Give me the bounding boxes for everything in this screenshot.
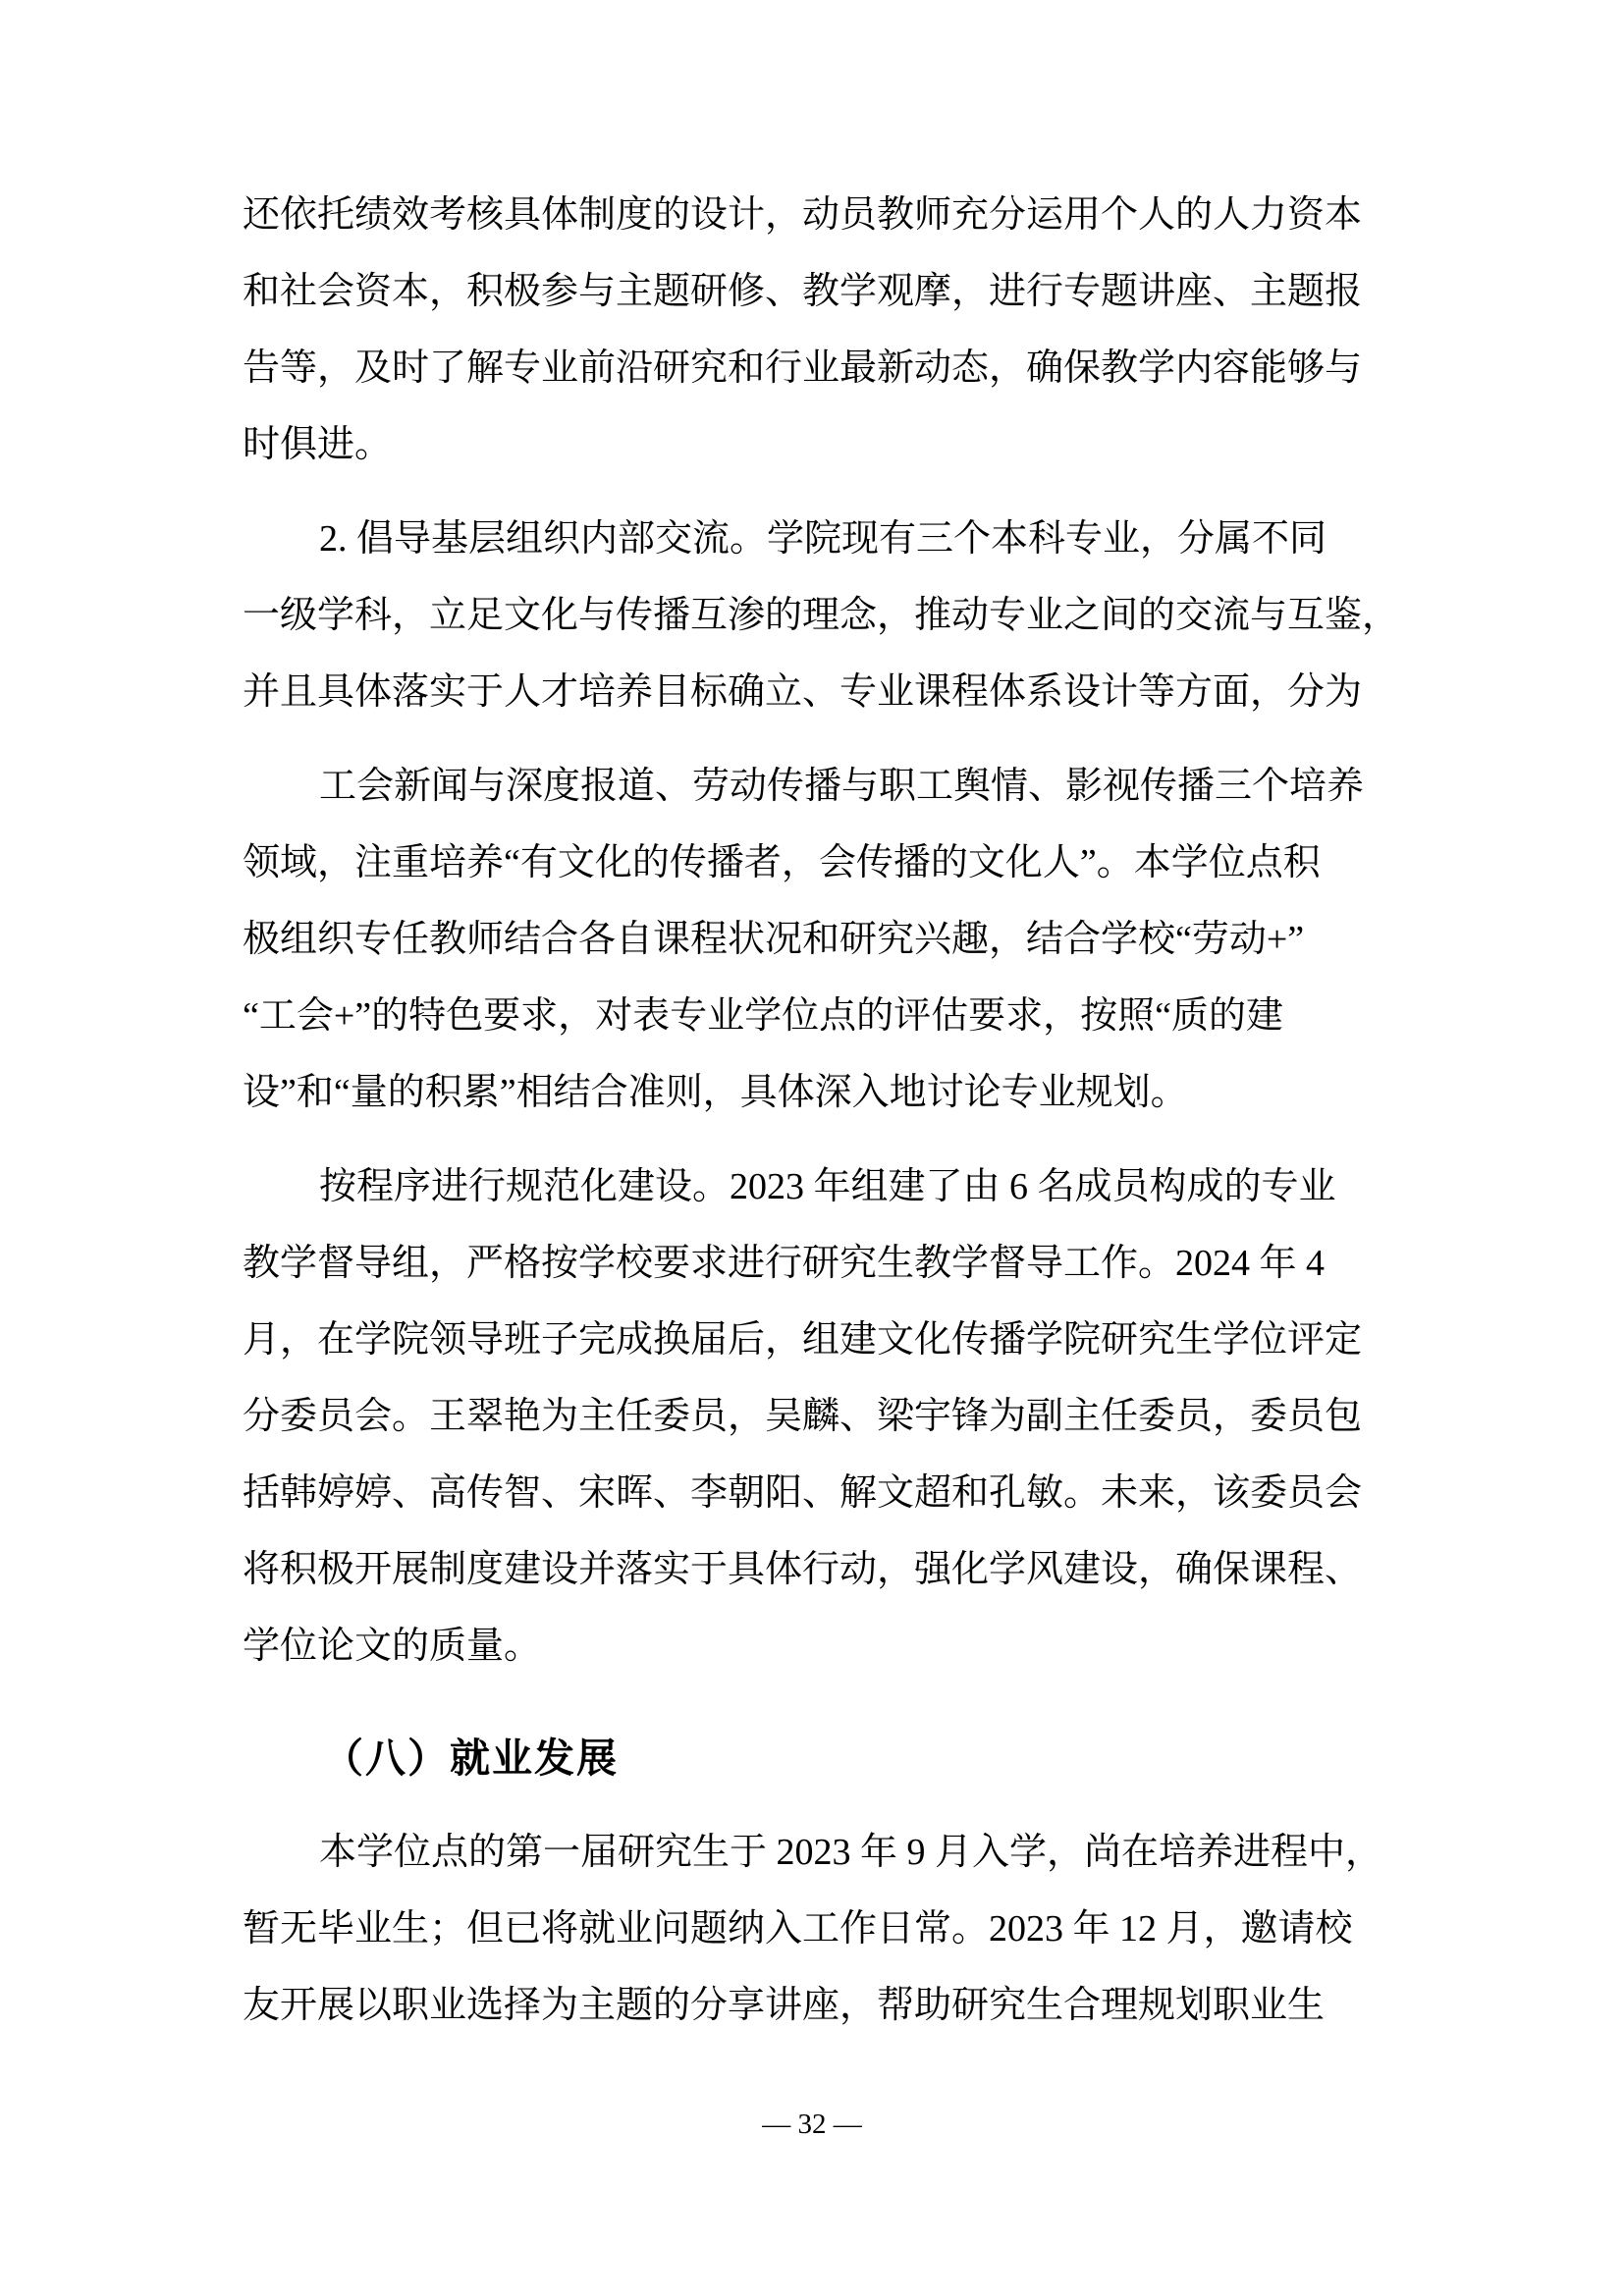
text-line: 月，在学院领导班子完成换届后，组建文化传播学院研究生学位评定	[243, 1302, 1385, 1378]
text-line: 时俱进。	[243, 406, 1385, 483]
text-line: 友开展以职业选择为主题的分享讲座，帮助研究生合理规划职业生	[243, 1967, 1385, 2044]
text-line: “工会+”的特色要求，对表专业学位点的评估要求，按照“质的建	[243, 978, 1385, 1054]
text-line: 按程序进行规范化建设。2023 年组建了由 6 名成员构成的专业	[243, 1148, 1385, 1225]
document-body: 还依托绩效考核具体制度的设计，动员教师充分运用个人的人力资本 和社会资本，积极参…	[243, 177, 1385, 2061]
page-number: — 32 —	[0, 2109, 1624, 2141]
text-line: 本学位点的第一届研究生于 2023 年 9 月入学，尚在培养进程中，	[243, 1814, 1385, 1891]
text-line: 领域，注重培养“有文化的传播者，会传播的文化人”。本学位点积	[243, 825, 1385, 901]
paragraph: 工会新闻与深度报道、劳动传播与职工舆情、影视传播三个培养 领域，注重培养“有文化…	[243, 748, 1385, 1131]
text-line: 设”和“量的积累”相结合准则，具体深入地讨论专业规划。	[243, 1054, 1385, 1131]
text-line: 工会新闻与深度报道、劳动传播与职工舆情、影视传播三个培养	[243, 748, 1385, 825]
text-line: 并且具体落实于人才培养目标确立、专业课程体系设计等方面，分为	[243, 654, 1385, 730]
section-heading: （八）就业发展	[243, 1720, 1385, 1796]
text-line: 告等，及时了解专业前沿研究和行业最新动态，确保教学内容能够与	[243, 330, 1385, 406]
text-line: 学位论文的质量。	[243, 1608, 1385, 1684]
text-line: 一级学科，立足文化与传播互渗的理念，推动专业之间的交流与互鉴，	[243, 577, 1385, 654]
paragraph: 本学位点的第一届研究生于 2023 年 9 月入学，尚在培养进程中， 暂无毕业生…	[243, 1814, 1385, 2044]
paragraph: 还依托绩效考核具体制度的设计，动员教师充分运用个人的人力资本 和社会资本，积极参…	[243, 177, 1385, 483]
text-line: 分委员会。王翠艳为主任委员，吴麟、梁宇锋为副主任委员，委员包	[243, 1378, 1385, 1455]
document-page: 还依托绩效考核具体制度的设计，动员教师充分运用个人的人力资本 和社会资本，积极参…	[0, 0, 1624, 2296]
text-line: 括韩婷婷、高传智、宋晖、李朝阳、解文超和孔敏。未来，该委员会	[243, 1455, 1385, 1531]
paragraph: 按程序进行规范化建设。2023 年组建了由 6 名成员构成的专业 教学督导组，严…	[243, 1148, 1385, 1684]
text-line: 暂无毕业生；但已将就业问题纳入工作日常。2023 年 12 月，邀请校	[243, 1891, 1385, 1967]
text-line: 教学督导组，严格按学校要求进行研究生教学督导工作。2024 年 4	[243, 1225, 1385, 1302]
text-line: 和社会资本，积极参与主题研修、教学观摩，进行专题讲座、主题报	[243, 253, 1385, 330]
text-line: 还依托绩效考核具体制度的设计，动员教师充分运用个人的人力资本	[243, 177, 1385, 253]
paragraph: 2. 倡导基层组织内部交流。学院现有三个本科专业，分属不同 一级学科，立足文化与…	[243, 501, 1385, 730]
text-line: 2. 倡导基层组织内部交流。学院现有三个本科专业，分属不同	[243, 501, 1385, 577]
text-line: 极组织专任教师结合各自课程状况和研究兴趣，结合学校“劳动+”	[243, 901, 1385, 978]
text-line: 将积极开展制度建设并落实于具体行动，强化学风建设，确保课程、	[243, 1531, 1385, 1608]
